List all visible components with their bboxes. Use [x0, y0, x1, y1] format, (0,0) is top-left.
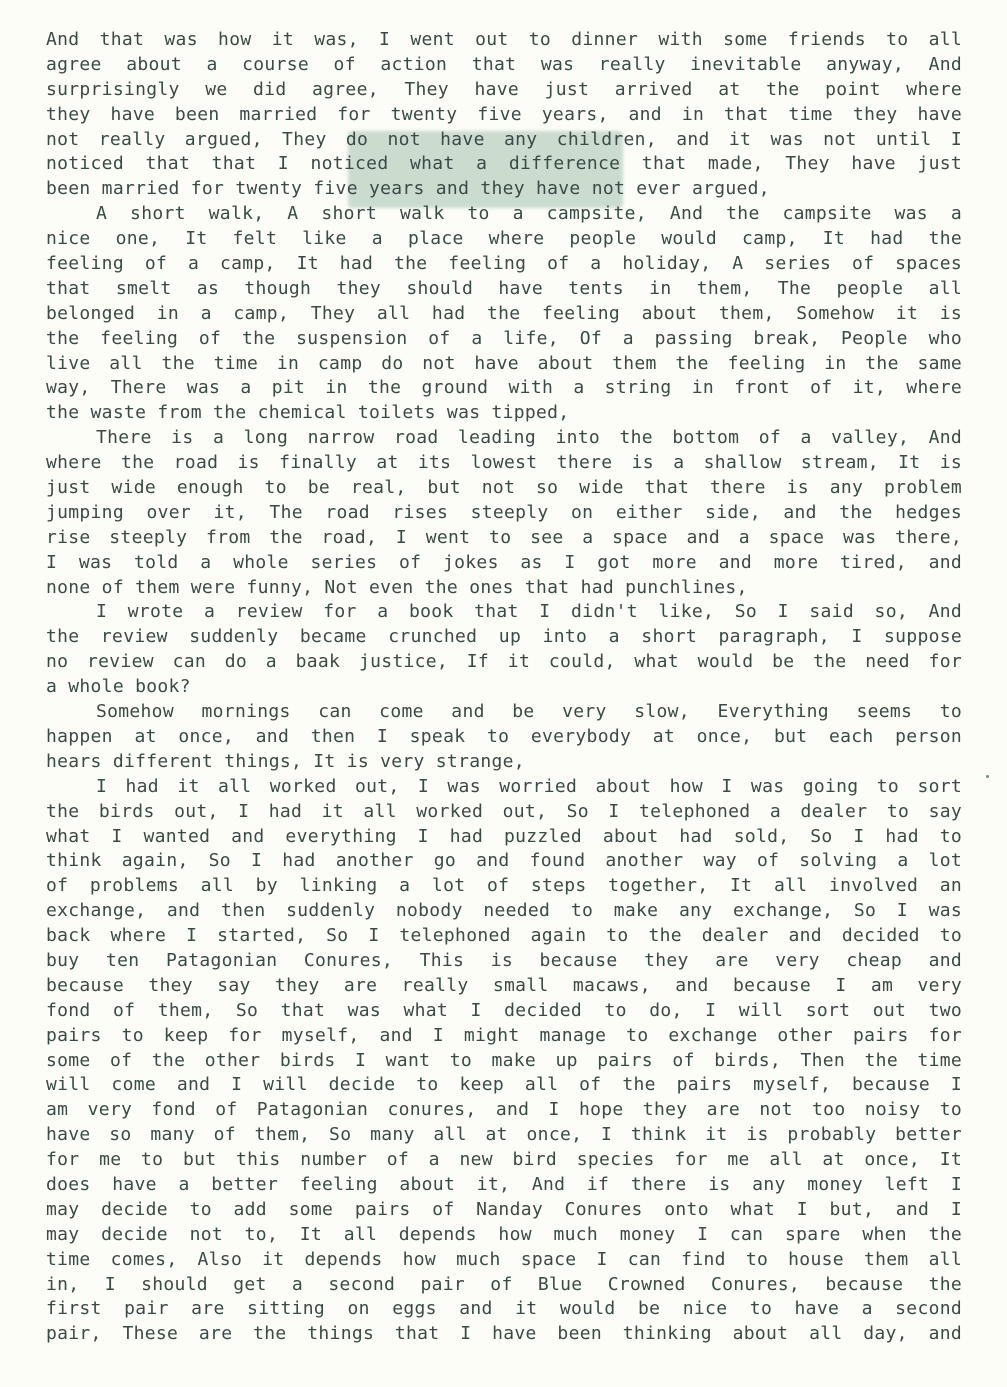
- text-line: pairs to keep for myself, and I might ma…: [46, 1024, 962, 1049]
- text-line: none of them were funny, Not even the on…: [46, 576, 962, 601]
- text-line: belonged in a camp, They all had the fee…: [46, 302, 962, 327]
- paragraph: There is a long narrow road leading into…: [46, 426, 962, 600]
- text-line: think again, So I had another go and fou…: [46, 849, 962, 874]
- document-page: And that was how it was, I went out to d…: [46, 28, 962, 1347]
- text-line: live all the time in camp do not have ab…: [46, 352, 962, 377]
- text-line: I wrote a review for a book that I didn'…: [46, 600, 962, 625]
- text-line: does have a better feeling about it, And…: [46, 1173, 962, 1198]
- text-line: the feeling of the suspension of a life,…: [46, 327, 962, 352]
- text-line: Somehow mornings can come and be very sl…: [46, 700, 962, 725]
- text-line: first pair are sitting on eggs and it wo…: [46, 1297, 962, 1322]
- text-line: fond of them, So that was what I decided…: [46, 999, 962, 1024]
- paragraph: And that was how it was, I went out to d…: [46, 28, 962, 202]
- text-line: time comes, Also it depends how much spa…: [46, 1248, 962, 1273]
- text-line: way, There was a pit in the ground with …: [46, 376, 962, 401]
- text-line: nice one, It felt like a place where peo…: [46, 227, 962, 252]
- text-line: a whole book?: [46, 675, 962, 700]
- text-line: just wide enough to be real, but not so …: [46, 476, 962, 501]
- text-line: that smelt as though they should have te…: [46, 277, 962, 302]
- text-line: am very fond of Patagonian conures, and …: [46, 1098, 962, 1123]
- text-line: may decide to add some pairs of Nanday C…: [46, 1198, 962, 1223]
- text-line: will come and I will decide to keep all …: [46, 1073, 962, 1098]
- text-line: not really argued, They do not have any …: [46, 128, 962, 153]
- text-line: of problems all by linking a lot of step…: [46, 874, 962, 899]
- paragraph: Somehow mornings can come and be very sl…: [46, 700, 962, 775]
- text-line: some of the other birds I want to make u…: [46, 1049, 962, 1074]
- text-line: jumping over it, The road rises steeply …: [46, 501, 962, 526]
- text-line: There is a long narrow road leading into…: [46, 426, 962, 451]
- text-line: because they say they are really small m…: [46, 974, 962, 999]
- text-line: noticed that that I noticed what a diffe…: [46, 152, 962, 177]
- text-line: may decide not to, It all depends how mu…: [46, 1223, 962, 1248]
- text-line: hears different things, It is very stran…: [46, 750, 962, 775]
- text-line: the waste from the chemical toilets was …: [46, 401, 962, 426]
- paper-speck: [986, 775, 989, 778]
- text-line: where the road is finally at its lowest …: [46, 451, 962, 476]
- text-line: no review can do a baak justice, If it c…: [46, 650, 962, 675]
- text-line: been married for twenty five years and t…: [46, 177, 962, 202]
- text-line: they have been married for twenty five y…: [46, 103, 962, 128]
- text-line: rise steeply from the road, I went to se…: [46, 526, 962, 551]
- text-line: the birds out, I had it all worked out, …: [46, 800, 962, 825]
- paragraph: I wrote a review for a book that I didn'…: [46, 600, 962, 700]
- text-line: happen at once, and then I speak to ever…: [46, 725, 962, 750]
- text-line: pair, These are the things that I have b…: [46, 1322, 962, 1347]
- text-line: A short walk, A short walk to a campsite…: [46, 202, 962, 227]
- text-line: have so many of them, So many all at onc…: [46, 1123, 962, 1148]
- paragraph: A short walk, A short walk to a campsite…: [46, 202, 962, 426]
- text-line: agree about a course of action that was …: [46, 53, 962, 78]
- text-line: surprisingly we did agree, They have jus…: [46, 78, 962, 103]
- text-line: what I wanted and everything I had puzzl…: [46, 825, 962, 850]
- text-line: exchange, and then suddenly nobody neede…: [46, 899, 962, 924]
- text-line: the review suddenly became crunched up i…: [46, 625, 962, 650]
- text-line: I was told a whole series of jokes as I …: [46, 551, 962, 576]
- text-line: And that was how it was, I went out to d…: [46, 28, 962, 53]
- text-line: buy ten Patagonian Conures, This is beca…: [46, 949, 962, 974]
- text-line: I had it all worked out, I was worried a…: [46, 775, 962, 800]
- text-line: back where I started, So I telephoned ag…: [46, 924, 962, 949]
- text-line: feeling of a camp, It had the feeling of…: [46, 252, 962, 277]
- text-line: for me to but this number of a new bird …: [46, 1148, 962, 1173]
- text-line: in, I should get a second pair of Blue C…: [46, 1273, 962, 1298]
- paragraph: I had it all worked out, I was worried a…: [46, 775, 962, 1347]
